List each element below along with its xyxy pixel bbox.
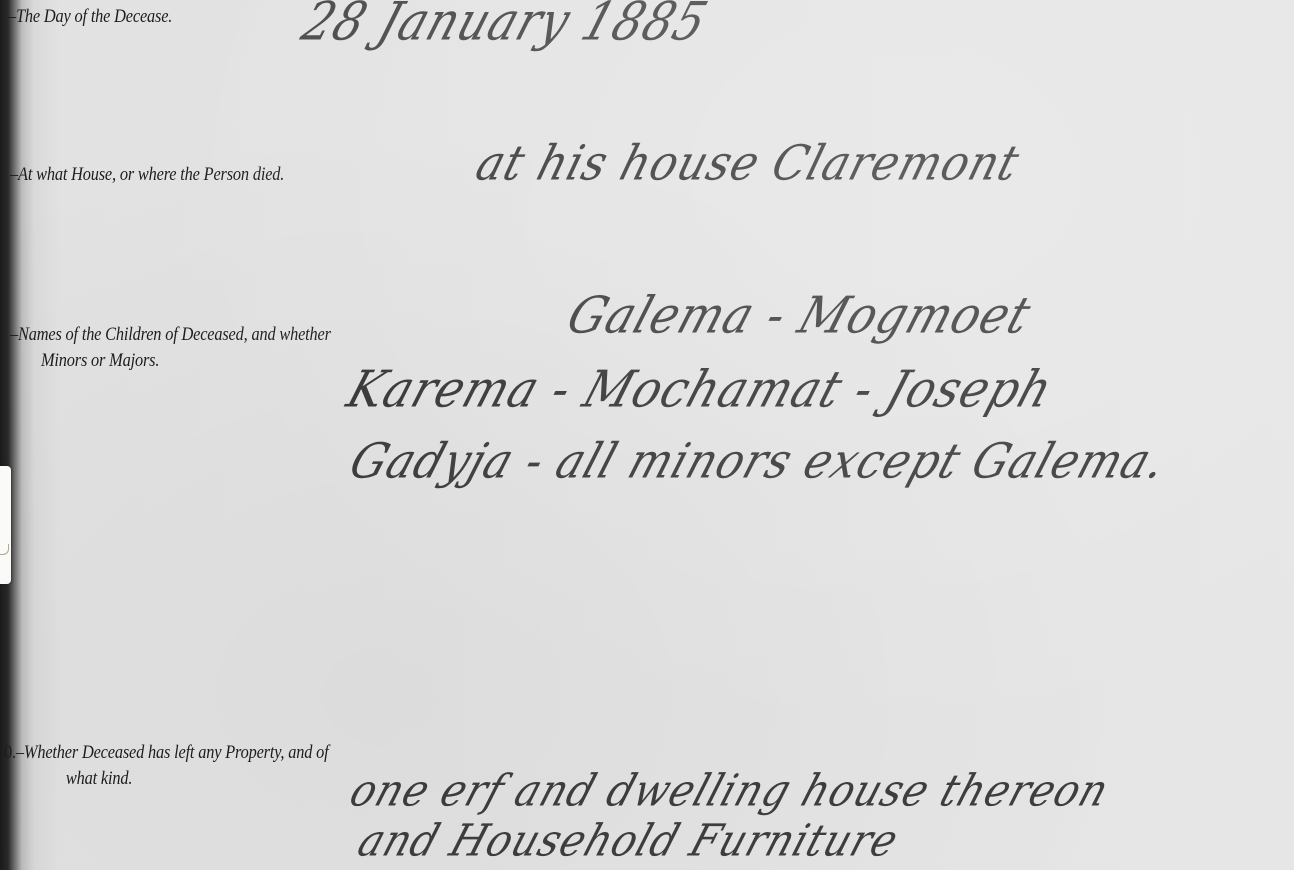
ink-mark — [0, 544, 9, 555]
page-edge-tab — [0, 466, 11, 584]
handwritten-entry: at his house Claremont — [470, 135, 1026, 191]
handwritten-entry-line-2: and Household Furniture — [352, 816, 905, 867]
field-number: 0.– — [4, 742, 24, 763]
field-label-text: Names of the Children of Deceased, and w… — [18, 324, 331, 345]
field-label-text: At what House, or where the Person died. — [18, 164, 284, 185]
handwritten-entry-line-1: one erf and dwelling house thereon — [344, 766, 1116, 817]
handwritten-entry-line-3: Gadyja - all minors except Galema. — [343, 433, 1174, 489]
field-label: –At what House, or where the Person died… — [10, 162, 284, 188]
field-label: 0.–Whether Deceased has left any Propert… — [4, 740, 329, 792]
field-label-continuation: Minors or Majors. — [10, 348, 331, 374]
field-label-text: Whether Deceased has left any Property, … — [24, 742, 329, 763]
handwritten-entry-line-2: Karema - Mochamat - Joseph — [340, 359, 1060, 418]
field-label: –The Day of the Decease. — [8, 4, 172, 30]
handwritten-entry: 28 January 1885 — [295, 0, 716, 52]
handwritten-entry-line-1: Galema - Mogmoet — [560, 285, 1039, 344]
field-label-continuation: what kind. — [4, 766, 329, 792]
field-label-text: The Day of the Decease. — [16, 6, 172, 27]
field-label: –Names of the Children of Deceased, and … — [10, 322, 331, 374]
scanned-document-page: –The Day of the Decease. 28 January 1885… — [0, 0, 1294, 870]
